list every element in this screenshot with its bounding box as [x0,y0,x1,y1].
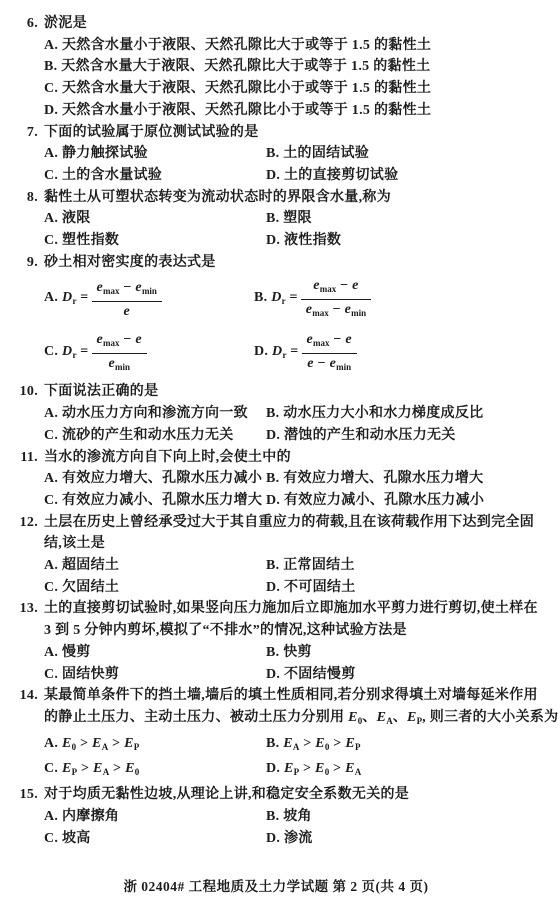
question-7: 7. 下面的试验属于原位测试试验的是 A. 静力触探试验 B. 土的固结试验 C… [6,122,546,187]
question-body: 对于均质无黏性边坡,从理论上讲,和稳定安全系数无关的是 A. 内摩擦角 B. 坡… [44,784,546,849]
option-d: D. Dr = emax − e e − emin [254,331,546,376]
option-a: A. 天然含水量小于液限、天然孔隙比大于或等于 1.5 的黏性土 [44,35,546,57]
option-b: B. 正常固结土 [266,555,546,577]
question-text: 对于均质无黏性边坡,从理论上讲,和稳定安全系数无关的是 [44,784,546,806]
question-body: 某最简单条件下的挡土墙,墙后的填土性质相同,若分别求得填土对墙每延米作用 的静止… [44,685,546,784]
option-b: B. 动水压力大小和水力梯度成反比 [266,403,546,425]
question-text-line-2: 3 到 5 分钟内剪坏,模拟了“不排水”的情况,这种试验方法是 [44,620,546,642]
option-b: B. EA > E0 > EP [266,733,546,759]
exam-page: 6. 淤泥是 A. 天然含水量小于液限、天然孔隙比大于或等于 1.5 的黏性土 … [0,0,560,916]
option-b: B. 塑限 [266,208,546,230]
option-a: A. 有效应力增大、孔隙水压力减小 [44,468,266,490]
question-number: 15. [6,784,44,806]
option-d: D. 渗流 [266,828,546,850]
fraction-denominator: e − emin [302,354,357,376]
option-a: A. 动水压力方向和渗流方向一致 [44,403,266,425]
option-b: B. 土的固结试验 [266,143,546,165]
question-8: 8. 黏性土从可塑状态转变为流动状态时的界限含水量,称为 A. 液限 B. 塑限… [6,187,546,252]
option-d: D. 液性指数 [266,230,546,252]
options: A. 有效应力增大、孔隙水压力减小 B. 有效应力增大、孔隙水压力增大 C. 有… [44,468,546,511]
question-text: 当水的渗流方向自下向上时,会使土中的 [44,447,546,469]
question-text: 砂土相对密实度的表达式是 [44,252,546,274]
question-number: 9. [6,252,44,274]
question-6: 6. 淤泥是 A. 天然含水量小于液限、天然孔隙比大于或等于 1.5 的黏性土 … [6,13,546,122]
option-d: D. 不可固结土 [266,577,546,599]
question-number: 11. [6,447,44,469]
option-a: A. 慢剪 [44,642,266,664]
question-body: 下面说法正确的是 A. 动水压力方向和渗流方向一致 B. 动水压力大小和水力梯度… [44,381,546,446]
question-text-line-1: 土层在历史上曾经承受过大于其自重应力的荷载,且在该荷载作用下达到完全固 [44,512,546,534]
question-body: 黏性土从可塑状态转变为流动状态时的界限含水量,称为 A. 液限 B. 塑限 C.… [44,187,546,252]
question-body: 淤泥是 A. 天然含水量小于液限、天然孔隙比大于或等于 1.5 的黏性土 B. … [44,13,546,122]
question-text: 下面的试验属于原位测试试验的是 [44,122,546,144]
option-c: C. 塑性指数 [44,230,266,252]
options: A. Dr = emax − emin e B. Dr = emax − e e… [44,273,546,381]
question-10: 10. 下面说法正确的是 A. 动水压力方向和渗流方向一致 B. 动水压力大小和… [6,381,546,446]
option-c: C. 固结快剪 [44,664,266,686]
question-number: 12. [6,512,44,534]
option-a: A. Dr = emax − emin e [44,277,254,322]
options: A. E0 > EA > EP B. EA > E0 > EP C. EP > … [44,733,546,784]
question-body: 当水的渗流方向自下向上时,会使土中的 A. 有效应力增大、孔隙水压力减小 B. … [44,447,546,512]
question-15: 15. 对于均质无黏性边坡,从理论上讲,和稳定安全系数无关的是 A. 内摩擦角 … [6,784,546,849]
fraction-numerator: emax − e [301,277,371,300]
question-body: 土的直接剪切试验时,如果竖向压力施加后立即施加水平剪力进行剪切,使土样在 3 到… [44,598,546,685]
fraction-denominator: emax − emin [301,300,371,322]
option-c: C. EP > EA > E0 [44,758,266,784]
option-d: D. 潜蚀的产生和动水压力无关 [266,425,546,447]
option-a: A. 液限 [44,208,266,230]
option-c: C. 土的含水量试验 [44,165,266,187]
question-9: 9. 砂土相对密实度的表达式是 A. Dr = emax − emin e B.… [6,252,546,382]
formula-lhs: C. Dr = [44,341,89,367]
question-number: 13. [6,598,44,620]
question-text: 淤泥是 [44,13,546,35]
option-a: A. 内摩擦角 [44,806,266,828]
option-c: C. 天然含水量大于液限、天然孔隙比小于或等于 1.5 的黏性土 [44,78,546,100]
options: A. 内摩擦角 B. 坡角 C. 坡高 D. 渗流 [44,806,546,849]
options: A. 液限 B. 塑限 C. 塑性指数 D. 液性指数 [44,208,546,251]
question-body: 下面的试验属于原位测试试验的是 A. 静力触探试验 B. 土的固结试验 C. 土… [44,122,546,187]
fraction-numerator: emax − e [92,331,147,354]
option-d: D. 土的直接剪切试验 [266,165,546,187]
option-c: C. 欠固结土 [44,577,266,599]
fraction-numerator: emax − emin [92,279,162,302]
question-number: 6. [6,13,44,35]
question-13: 13. 土的直接剪切试验时,如果竖向压力施加后立即施加水平剪力进行剪切,使土样在… [6,598,546,685]
option-c: C. 坡高 [44,828,266,850]
option-d: D. 天然含水量小于液限、天然孔隙比小于或等于 1.5 的黏性土 [44,100,546,122]
question-body: 土层在历史上曾经承受过大于其自重应力的荷载,且在该荷载作用下达到完全固 结,该土… [44,512,546,599]
fraction-denominator: e [92,302,162,320]
question-text-line-1: 土的直接剪切试验时,如果竖向压力施加后立即施加水平剪力进行剪切,使土样在 [44,598,546,620]
question-text-line-2: 的静止土压力、主动土压力、被动土压力分别用 E0、EA、EP, 则三者的大小关系… [44,707,546,733]
question-12: 12. 土层在历史上曾经承受过大于其自重应力的荷载,且在该荷载作用下达到完全固 … [6,512,546,599]
question-number: 10. [6,381,44,403]
question-14: 14. 某最简单条件下的挡土墙,墙后的填土性质相同,若分别求得填土对墙每延米作用… [6,685,546,784]
options: A. 动水压力方向和渗流方向一致 B. 动水压力大小和水力梯度成反比 C. 流砂… [44,403,546,446]
question-number: 7. [6,122,44,144]
option-b: B. 快剪 [266,642,546,664]
fraction: emax − e emax − emin [301,277,371,322]
option-b: B. 天然含水量大于液限、天然孔隙比大于或等于 1.5 的黏性土 [44,56,546,78]
question-body: 砂土相对密实度的表达式是 A. Dr = emax − emin e B. Dr… [44,252,546,382]
options: A. 超固结土 B. 正常固结土 C. 欠固结土 D. 不可固结土 [44,555,546,598]
option-b: B. 有效应力增大、孔隙水压力增大 [266,468,546,490]
page-footer: 浙 02404# 工程地质及土力学试题 第 2 页(共 4 页) [6,876,546,906]
options: A. 静力触探试验 B. 土的固结试验 C. 土的含水量试验 D. 土的直接剪切… [44,143,546,186]
question-text-line-1: 某最简单条件下的挡土墙,墙后的填土性质相同,若分别求得填土对墙每延米作用 [44,685,546,707]
question-number: 8. [6,187,44,209]
option-b: B. 坡角 [266,806,546,828]
option-c: C. 流砂的产生和动水压力无关 [44,425,266,447]
formula-lhs: D. Dr = [254,341,299,367]
fraction-numerator: emax − e [302,331,357,354]
option-c: C. 有效应力减小、孔隙水压力增大 [44,490,266,512]
question-text-line-2: 结,该土是 [44,533,546,555]
fraction: emax − emin e [92,279,162,320]
fraction: emax − e emin [92,331,147,376]
option-d: D. 不固结慢剪 [266,664,546,686]
fraction-denominator: emin [92,354,147,376]
fraction: emax − e e − emin [302,331,357,376]
option-d: D. EP > E0 > EA [266,758,546,784]
formula-lhs: A. Dr = [44,287,89,313]
question-11: 11. 当水的渗流方向自下向上时,会使土中的 A. 有效应力增大、孔隙水压力减小… [6,447,546,512]
option-c: C. Dr = emax − e emin [44,331,254,376]
options: A. 慢剪 B. 快剪 C. 固结快剪 D. 不固结慢剪 [44,642,546,685]
option-a: A. 超固结土 [44,555,266,577]
question-text: 下面说法正确的是 [44,381,546,403]
question-text: 黏性土从可塑状态转变为流动状态时的界限含水量,称为 [44,187,546,209]
option-d: D. 有效应力减小、孔隙水压力减小 [266,490,546,512]
option-b: B. Dr = emax − e emax − emin [254,277,546,322]
formula-lhs: B. Dr = [254,287,298,313]
question-number: 14. [6,685,44,707]
option-a: A. 静力触探试验 [44,143,266,165]
options: A. 天然含水量小于液限、天然孔隙比大于或等于 1.5 的黏性土 B. 天然含水… [44,35,546,122]
option-a: A. E0 > EA > EP [44,733,266,759]
